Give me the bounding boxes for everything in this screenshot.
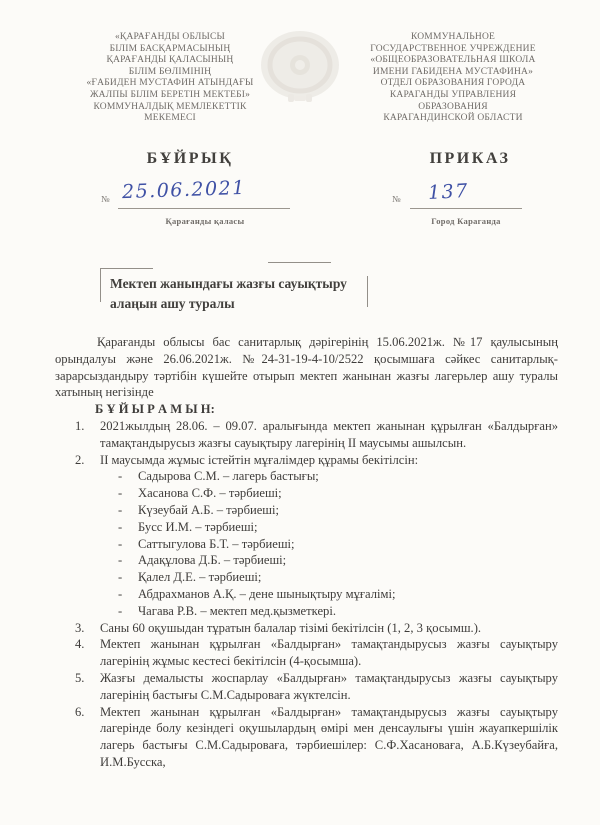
org-name-russian: КОММУНАЛЬНОЕ ГОСУДАРСТВЕННОЕ УЧРЕЖДЕНИЕ … (330, 32, 576, 125)
order-item: 6. Мектеп жанынан құрылған «Балдырған» т… (55, 704, 558, 771)
item-text: ІІ маусымда жұмыс істейтін мұғалімдер құ… (100, 452, 558, 469)
staff-list-item: - Адақұлова Д.Б. – тәрбиеші; (55, 552, 558, 569)
number-underline (410, 208, 522, 209)
order-item: 5. Жазғы демалысты жоспарлау «Балдырған»… (55, 670, 558, 704)
staff-list-item: - Саттыгулова Б.Т. – тәрбиеші; (55, 536, 558, 553)
date-underline (118, 208, 290, 209)
org-name-line: ИМЕНИ ГАБИДЕНА МУСТАФИНА» (330, 67, 576, 79)
preamble-paragraph: Қарағанды облысы бас санитарлық дәрігері… (55, 334, 558, 401)
number-symbol: № (101, 194, 110, 204)
org-name-line: ГОСУДАРСТВЕННОЕ УЧРЕЖДЕНИЕ (330, 44, 576, 56)
staff-name: Абдрахманов А.Қ. – дене шынықтыру мұғалі… (138, 586, 558, 603)
org-name-line: ОТДЕЛ ОБРАЗОВАНИЯ ГОРОДА (330, 78, 576, 90)
dash-marker: - (118, 536, 138, 553)
order-subject: Мектеп жанындағы жазғы сауықтыру алаңын … (110, 274, 382, 314)
order-body: Қарағанды облысы бас санитарлық дәрігері… (55, 334, 558, 771)
dash-marker: - (118, 468, 138, 485)
dash-marker: - (118, 552, 138, 569)
staff-name: Қалел Д.Е. – тәрбиеші; (138, 569, 558, 586)
staff-name: Күзеубай А.Б. – тәрбиеші; (138, 502, 558, 519)
dash-marker: - (118, 485, 138, 502)
staff-name: Бусс И.М. – тәрбиеші; (138, 519, 558, 536)
decree-word: Б Ұ Й Ы Р А М Ы Н: (95, 401, 558, 418)
dash-marker: - (118, 502, 138, 519)
staff-list-item: - Қалел Д.Е. – тәрбиеші; (55, 569, 558, 586)
org-name-line: КАРАГАНДЫ УПРАВЛЕНИЯ (330, 90, 576, 102)
org-name-line: КАРАГАНДИНСКОЙ ОБЛАСТИ (330, 113, 576, 125)
order-item: 4. Мектеп жанынан құрылған «Балдырған» т… (55, 636, 558, 670)
staff-list-item: - Бусс И.М. – тәрбиеші; (55, 519, 558, 536)
org-name-line: «ОБЩЕОБРАЗОВАТЕЛЬНАЯ ШКОЛА (330, 55, 576, 67)
staff-list-item: - Садырова С.М. – лагерь бастығы; (55, 468, 558, 485)
item-number: 1. (75, 418, 100, 452)
staff-list-item: - Чагава Р.В. – мектеп мед.қызметкері. (55, 603, 558, 620)
org-name-line: МЕКЕМЕСІ (44, 113, 296, 125)
dash-marker: - (118, 569, 138, 586)
item-number: 3. (75, 620, 100, 637)
dash-marker: - (118, 519, 138, 536)
staff-list-item: - Абдрахманов А.Қ. – дене шынықтыру мұға… (55, 586, 558, 603)
item-number: 4. (75, 636, 100, 670)
order-title-kazakh: БҰЙРЫҚ (88, 150, 292, 168)
dash-marker: - (118, 586, 138, 603)
item-number: 6. (75, 704, 100, 771)
item-number: 5. (75, 670, 100, 704)
org-name-line: КОММУНАЛЬНОЕ (330, 32, 576, 44)
staff-name: Хасанова С.Ф. – тәрбиеші; (138, 485, 558, 502)
order-item: 2. ІІ маусымда жұмыс істейтін мұғалімдер… (55, 452, 558, 469)
dash-marker: - (118, 603, 138, 620)
org-name-line: ОБРАЗОВАНИЯ (330, 102, 576, 114)
staff-name: Саттыгулова Б.Т. – тәрбиеші; (138, 536, 558, 553)
staff-name: Чагава Р.В. – мектеп мед.қызметкері. (138, 603, 558, 620)
place-caption-russian: Город Караганда (410, 216, 522, 226)
item-text: 2021жылдың 28.06. – 09.07. аралығында ме… (100, 418, 558, 452)
subject-frame-segment (268, 262, 331, 263)
staff-name: Адақұлова Д.Б. – тәрбиеші; (138, 552, 558, 569)
number-symbol: № (392, 194, 401, 204)
item-text: Мектеп жанынан құрылған «Балдырған» тама… (100, 704, 558, 771)
item-text: Саны 60 оқушыдан тұратын балалар тізімі … (100, 620, 558, 637)
item-number: 2. (75, 452, 100, 469)
staff-list-item: - Хасанова С.Ф. – тәрбиеші; (55, 485, 558, 502)
scanned-order-document: «ҚАРАҒАНДЫ ОБЛЫСЫ БІЛІМ БАСҚАРМАСЫНЫҢ ҚА… (0, 0, 600, 825)
staff-list-item: - Күзеубай А.Б. – тәрбиеші; (55, 502, 558, 519)
handwritten-order-number: 137 (427, 180, 469, 204)
order-item: 3. Саны 60 оқушыдан тұратын балалар тізі… (55, 620, 558, 637)
item-text: Жазғы демалысты жоспарлау «Балдырған» та… (100, 670, 558, 704)
place-caption-kazakh: Қарағанды қаласы (143, 216, 267, 226)
subject-frame-segment (100, 268, 153, 269)
staff-name: Садырова С.М. – лагерь бастығы; (138, 468, 558, 485)
item-text: Мектеп жанынан құрылған «Балдырған» тама… (100, 636, 558, 670)
order-item: 1. 2021жылдың 28.06. – 09.07. аралығында… (55, 418, 558, 452)
subject-frame-segment (100, 268, 101, 302)
handwritten-date: 25.06.2021 (122, 177, 246, 203)
order-title-russian: ПРИКАЗ (378, 150, 562, 168)
